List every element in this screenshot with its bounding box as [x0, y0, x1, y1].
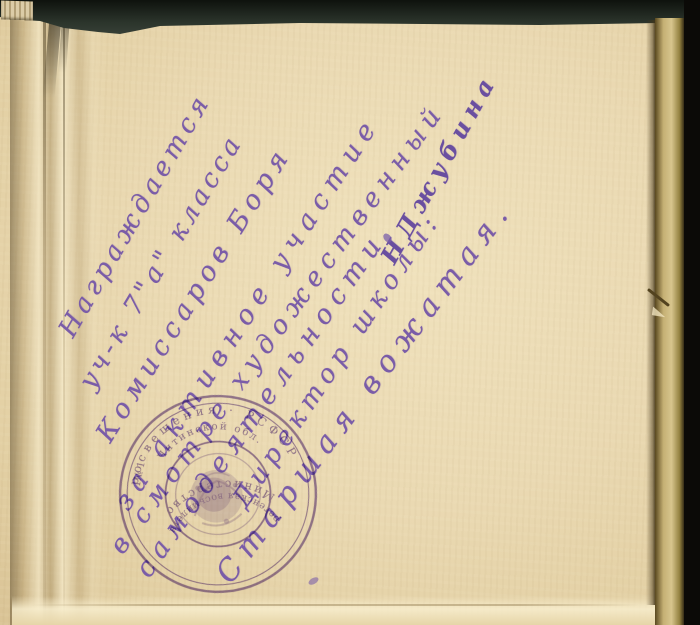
book-cover-edge — [655, 18, 685, 625]
scan-background-right — [684, 0, 700, 625]
book-inner-cover-photo: Награждается уч-к 7"а" класса Комиссаров… — [0, 0, 700, 625]
page-stack-seam — [30, 604, 640, 606]
school-round-stamp: росвещения · РСФСР Министерство Читинско… — [98, 374, 338, 614]
gutter-crease — [43, 20, 46, 625]
page-stack-edge — [12, 596, 660, 625]
spine-headband — [1, 0, 33, 20]
